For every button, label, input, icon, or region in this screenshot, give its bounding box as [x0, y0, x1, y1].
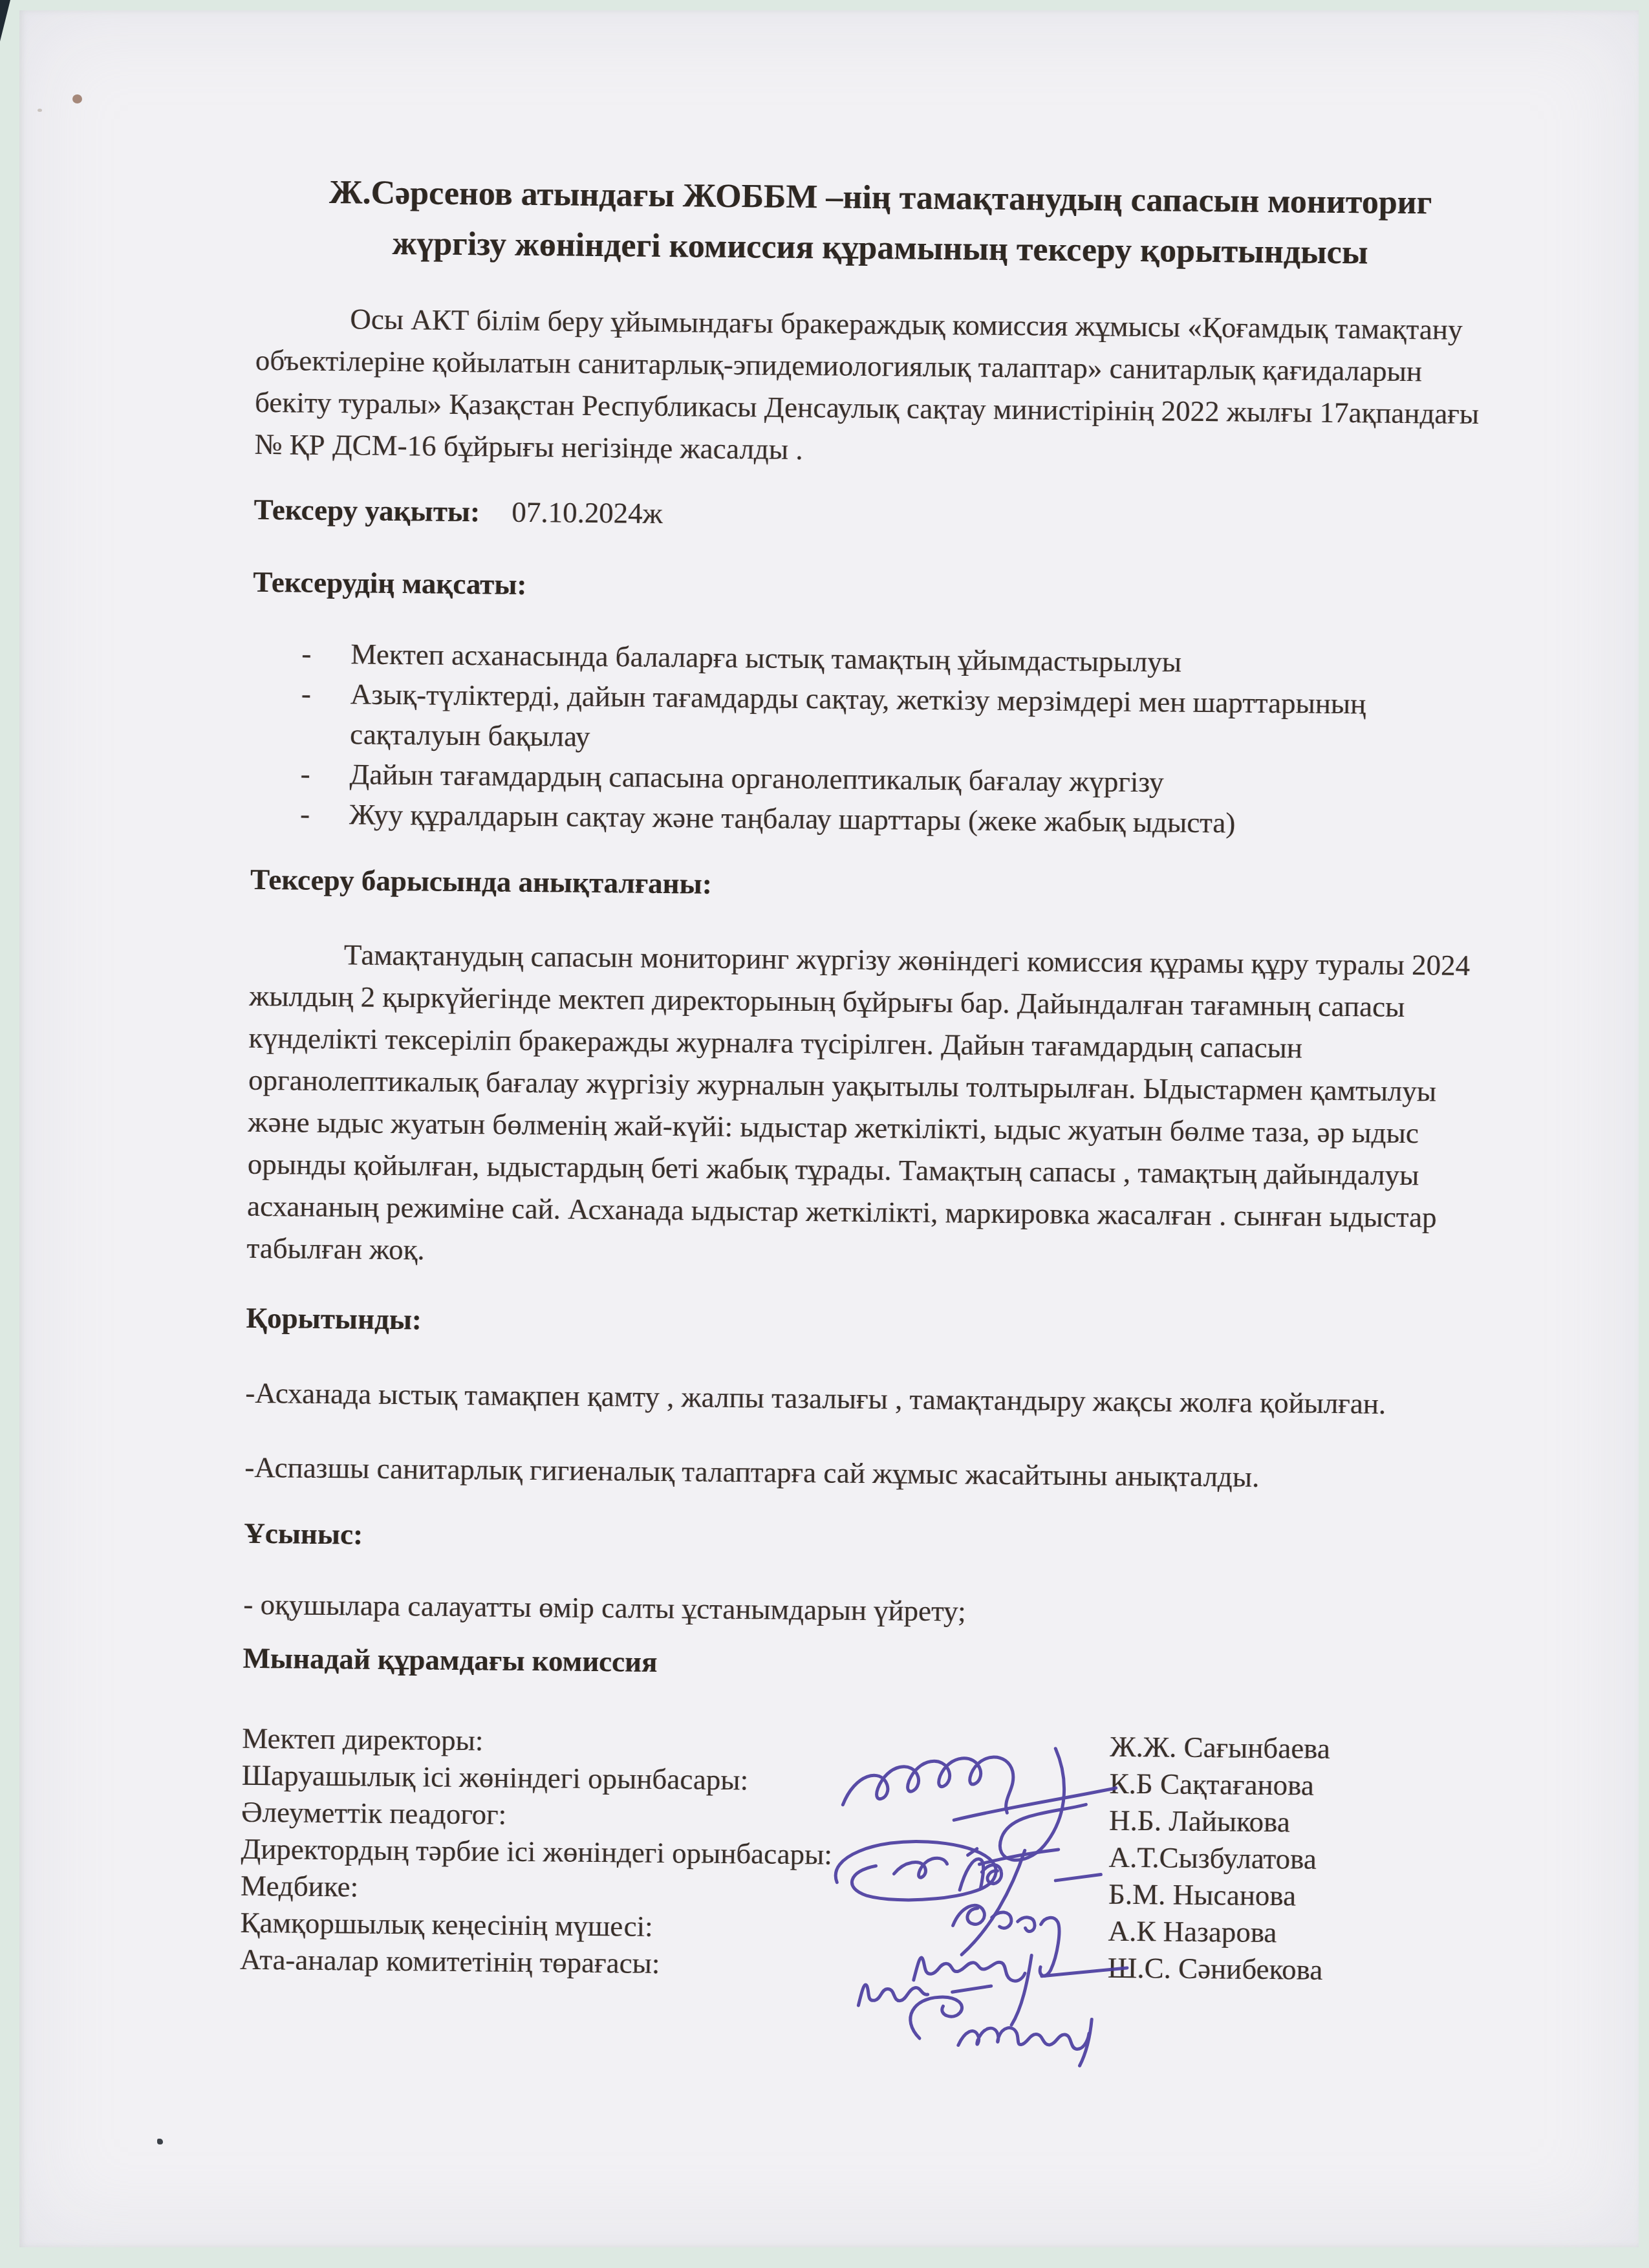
- signatures-overlay: [795, 1728, 1225, 2107]
- signature-ink: [834, 1747, 1129, 2066]
- findings-heading: Тексеру барысында анықталғаны:: [250, 859, 1498, 913]
- signature-deputy-education: [953, 1905, 985, 1926]
- signature-board-member: [953, 1985, 991, 1993]
- purpose-heading: Тексерудің мақсаты:: [253, 561, 1501, 616]
- signature-nurse: [1011, 1955, 1031, 2025]
- paper-speck: [72, 94, 82, 103]
- signature-nurse: [1042, 1967, 1127, 1977]
- bullet-dash-icon: -: [301, 674, 350, 755]
- signature-parents-chair: [911, 1997, 962, 2039]
- conclusion-item: -Асханада ыстық тамақпен қамту , жалпы т…: [245, 1372, 1493, 1427]
- signature-director: [1000, 1748, 1086, 1861]
- signature-director: [843, 1756, 1013, 1813]
- signature-deputy-education: [1040, 1917, 1059, 1976]
- conclusion-heading: Қорытынды:: [246, 1297, 1494, 1352]
- paper-speck: [38, 109, 42, 112]
- commission-role: Медбике:: [241, 1870, 358, 1903]
- purpose-list: - Мектеп асханасында балаларға ыстық там…: [251, 633, 1500, 846]
- commission-heading: Мынадай құрамдағы комиссия: [242, 1637, 1491, 1692]
- signature-nurse: [914, 1958, 1025, 1981]
- bullet-dash-icon: -: [300, 754, 350, 795]
- check-time-value: 07.10.2024ж: [512, 496, 663, 530]
- proposal-item: - оқушылара салауатты өмір салты ұстаным…: [243, 1584, 1491, 1638]
- page-tilt-wrapper: Ж.Сәрсенов атындағы ЖОББМ –нің тамақтану…: [0, 8, 1639, 2260]
- document-content: Ж.Сәрсенов атындағы ЖОББМ –нің тамақтану…: [1, 8, 1639, 1991]
- signature-deputy-education: [1018, 1917, 1035, 1932]
- signature-parents-chair: [958, 2027, 1089, 2049]
- purpose-item-text: Азық-түліктерді, дайын тағамдарды сақтау…: [350, 674, 1500, 765]
- purpose-item-text: Жуу құралдарын сақтау және таңбалау шарт…: [349, 794, 1236, 843]
- signature-social-pedagogue: [1055, 1874, 1101, 1881]
- purpose-item: - Азық-түліктерді, дайын тағамдарды сақт…: [252, 673, 1500, 766]
- commission-role: Қамқоршылық кеңесінің мүшесі:: [240, 1906, 652, 1943]
- check-time-line: Тексеру уақыты: 07.10.2024ж: [253, 489, 1502, 543]
- signature-deputy-education: [992, 1912, 1011, 1928]
- conclusion-item: -Аспазшы санитарлық гигиеналық талаптарғ…: [244, 1446, 1493, 1501]
- scan-corner-artifact: [0, 0, 10, 41]
- commission-role: Мектеп директоры:: [242, 1722, 484, 1757]
- proposal-heading: Ұсыныс:: [244, 1513, 1492, 1567]
- findings-paragraph: Тамақтанудың сапасын мониторинг жүргізу …: [246, 933, 1497, 1281]
- document-title: Ж.Сәрсенов атындағы ЖОББМ –нің тамақтану…: [256, 167, 1504, 280]
- commission-role: Шаруашылық ісі жөніндегі орынбасары:: [242, 1759, 749, 1797]
- commission-role: Әлеуметтік пеадогог:: [241, 1796, 506, 1831]
- intro-paragraph: Осы АКТ білім беру ұйымындағы бракеражды…: [254, 297, 1503, 478]
- commission-role: Ата-аналар комитетінің төрағасы:: [240, 1943, 660, 1980]
- paper-speck: [157, 2139, 163, 2144]
- check-time-label: Тексеру уақыты:: [253, 493, 480, 528]
- scanned-document: { "colors": { "paper": "#f2f1f4", "scann…: [0, 0, 1649, 2268]
- paper-sheet: Ж.Сәрсенов атындағы ЖОББМ –нің тамақтану…: [19, 10, 1639, 2247]
- bullet-dash-icon: -: [300, 794, 350, 835]
- commission-role: Директордың тәрбие ісі жөніндегі орынбас…: [241, 1833, 832, 1871]
- signature-deputy-household: [835, 1841, 997, 1901]
- bullet-dash-icon: -: [301, 634, 351, 675]
- signature-deputy-household: [894, 1858, 947, 1878]
